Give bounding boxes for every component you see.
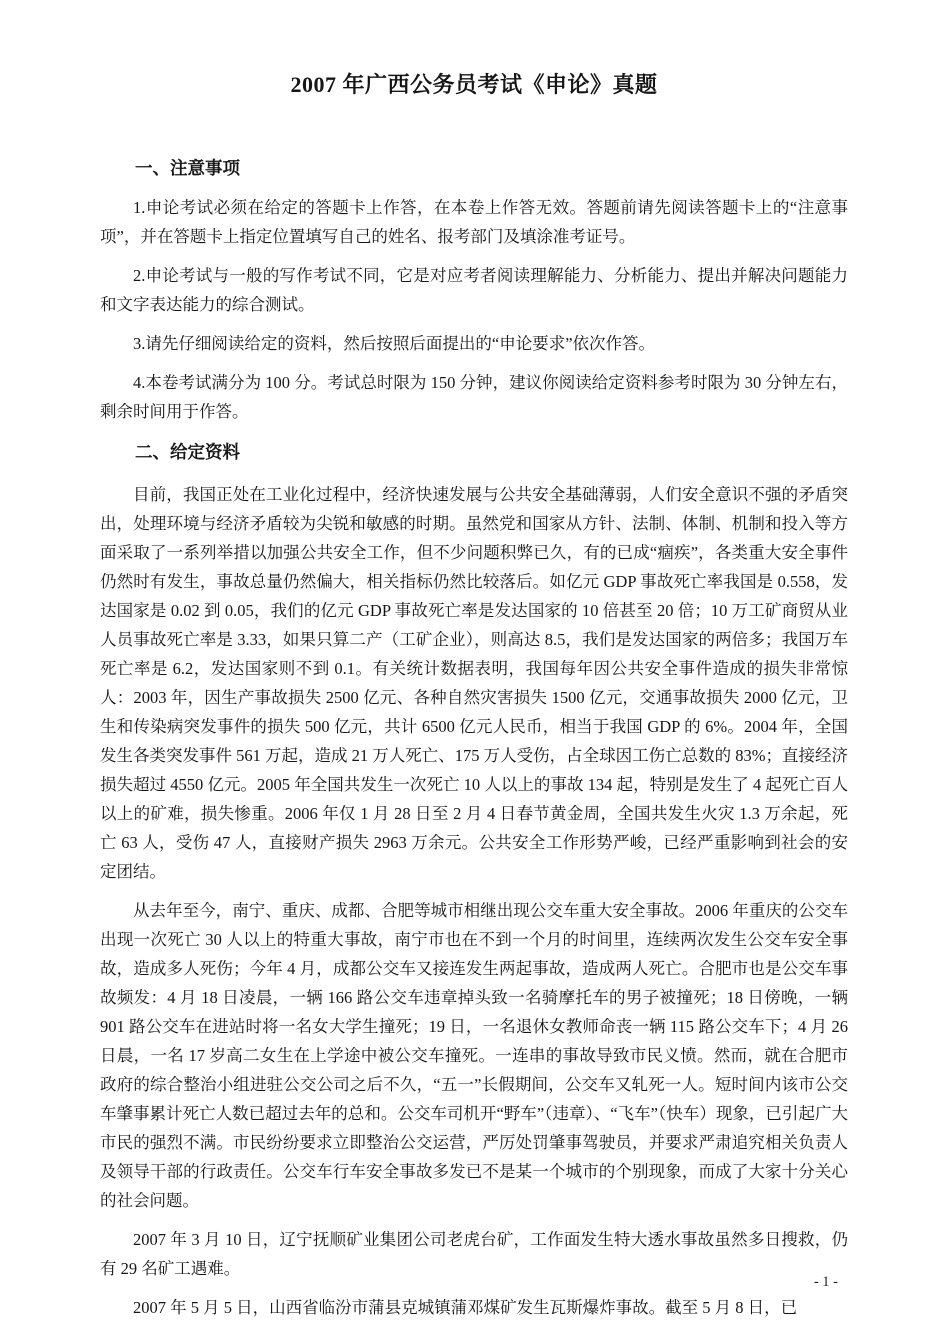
page-title: 2007 年广西公务员考试《申论》真题 bbox=[100, 70, 848, 100]
notice-item-1: 1.申论考试必须在给定的答题卡上作答，在本卷上作答无效。答题前请先阅读答题卡上的… bbox=[100, 193, 848, 251]
material-paragraph-4: 2007 年 5 月 5 日，山西省临汾市蒲县克城镇蒲邓煤矿发生瓦斯爆炸事故。截… bbox=[100, 1293, 848, 1322]
document-page: 2007 年广西公务员考试《申论》真题 一、注意事项 1.申论考试必须在给定的答… bbox=[0, 0, 950, 1344]
document-content: 2007 年广西公务员考试《申论》真题 一、注意事项 1.申论考试必须在给定的答… bbox=[100, 70, 848, 1332]
section-heading-materials: 二、给定资料 bbox=[100, 440, 848, 464]
page-number: - 1 - bbox=[814, 1274, 838, 1291]
material-paragraph-1: 目前，我国正处在工业化过程中，经济快速发展与公共安全基础薄弱，人们安全意识不强的… bbox=[100, 480, 848, 886]
notice-item-3: 3.请先仔细阅读给定的资料，然后按照后面提出的“申论要求”依次作答。 bbox=[100, 329, 848, 358]
material-paragraph-3: 2007 年 3 月 10 日，辽宁抚顺矿业集团公司老虎台矿，工作面发生特大透水… bbox=[100, 1225, 848, 1283]
notice-item-2: 2.申论考试与一般的写作考试不同，它是对应考者阅读理解能力、分析能力、提出并解决… bbox=[100, 261, 848, 319]
notice-item-4: 4.本卷考试满分为 100 分。考试总时限为 150 分钟，建议你阅读给定资料参… bbox=[100, 368, 848, 426]
section-heading-notice: 一、注意事项 bbox=[100, 156, 848, 180]
material-paragraph-2: 从去年至今，南宁、重庆、成都、合肥等城市相继出现公交车重大安全事故。2006 年… bbox=[100, 896, 848, 1215]
